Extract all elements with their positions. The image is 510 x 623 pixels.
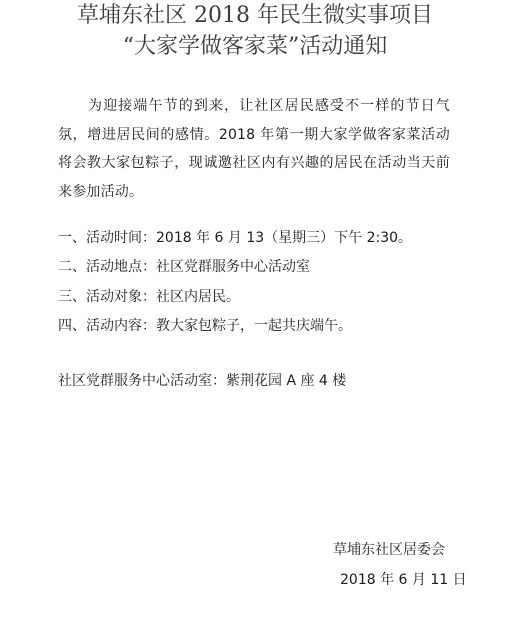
item-label: 四、活动内容： — [58, 318, 156, 334]
item-value: 2018 年 6 月 13（星期三）下午 2:30。 — [156, 230, 412, 246]
item-label: 三、活动对象： — [58, 289, 156, 305]
issue-date: 2018 年 6 月 11 日 — [340, 570, 467, 590]
activity-location-item: 二、活动地点：社区党群服务中心活动室 — [58, 253, 478, 282]
item-value: 教大家包粽子，一起共庆端午。 — [156, 318, 352, 334]
document-title-line2: “大家学做客家菜”活动通知 — [0, 34, 510, 60]
activity-details-list: 一、活动时间：2018 年 6 月 13（星期三）下午 2:30。 二、活动地点… — [58, 224, 478, 341]
intro-paragraph: 为迎接端午节的到来，让社区居民感受不一样的节日气氛，增进居民间的感情。2018 … — [58, 92, 450, 206]
location-note: 社区党群服务中心活动室：紫荆花园 A 座 4 楼 — [58, 370, 346, 392]
item-value: 社区内居民。 — [156, 289, 240, 305]
item-value: 社区党群服务中心活动室 — [156, 259, 310, 275]
activity-time-item: 一、活动时间：2018 年 6 月 13（星期三）下午 2:30。 — [58, 224, 478, 253]
signature: 草埔东社区居委会 — [333, 540, 445, 560]
activity-audience-item: 三、活动对象：社区内居民。 — [58, 283, 478, 312]
item-label: 一、活动时间： — [58, 230, 156, 246]
document-title-line1: 草埔东社区 2018 年民生微实事项目 — [0, 3, 510, 29]
activity-content-item: 四、活动内容：教大家包粽子，一起共庆端午。 — [58, 312, 478, 341]
item-label: 二、活动地点： — [58, 259, 156, 275]
